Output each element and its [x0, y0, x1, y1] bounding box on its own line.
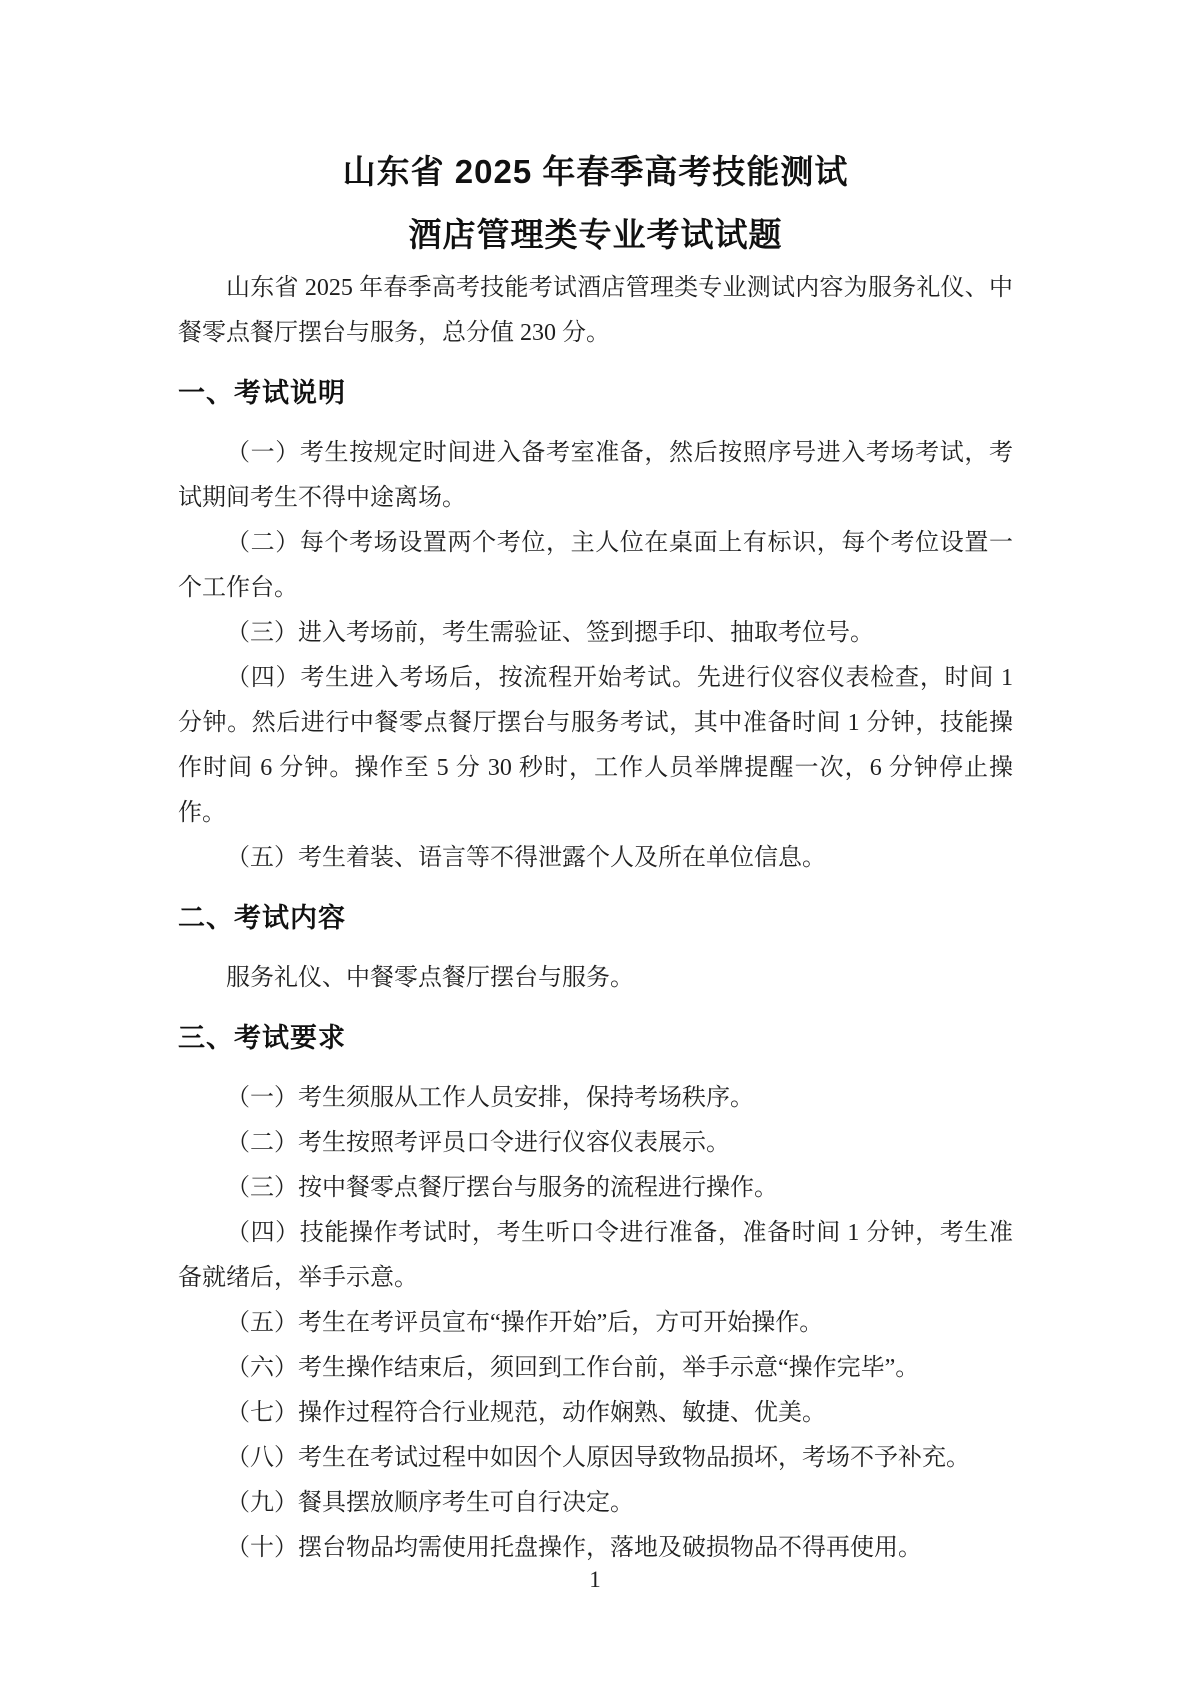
section-1-item-1: （一）考生按规定时间进入备考室准备，然后按照序号进入考场考试，考试期间考生不得中… [178, 431, 1013, 521]
intro-paragraph: 山东省 2025 年春季高考技能考试酒店管理类专业测试内容为服务礼仪、中餐零点餐… [178, 266, 1013, 356]
document-page: 山东省 2025 年春季高考技能测试 酒店管理类专业考试试题 山东省 2025 … [0, 0, 1190, 1683]
doc-title-line1: 山东省 2025 年春季高考技能测试 [178, 140, 1013, 203]
section-3-item-8: （八）考生在考试过程中如因个人原因导致物品损坏，考场不予补充。 [178, 1436, 1013, 1481]
section-3-item-5: （五）考生在考评员宣布“操作开始”后，方可开始操作。 [178, 1301, 1013, 1346]
section-1-heading: 一、考试说明 [178, 371, 1013, 416]
section-2-item-1: 服务礼仪、中餐零点餐厅摆台与服务。 [178, 956, 1013, 1001]
section-1-item-2: （二）每个考场设置两个考位，主人位在桌面上有标识，每个考位设置一个工作台。 [178, 521, 1013, 611]
section-3-item-3: （三）按中餐零点餐厅摆台与服务的流程进行操作。 [178, 1166, 1013, 1211]
section-3-item-6: （六）考生操作结束后，须回到工作台前，举手示意“操作完毕”。 [178, 1346, 1013, 1391]
page-number: 1 [0, 1565, 1190, 1595]
section-3-item-9: （九）餐具摆放顺序考生可自行决定。 [178, 1481, 1013, 1526]
section-2-heading: 二、考试内容 [178, 896, 1013, 941]
section-3-item-4: （四）技能操作考试时，考生听口令进行准备，准备时间 1 分钟，考生准备就绪后，举… [178, 1211, 1013, 1301]
section-1-item-3: （三）进入考场前，考生需验证、签到摁手印、抽取考位号。 [178, 611, 1013, 656]
section-3-heading: 三、考试要求 [178, 1016, 1013, 1061]
doc-title-line2: 酒店管理类专业考试试题 [178, 203, 1013, 266]
section-3-item-2: （二）考生按照考评员口令进行仪容仪表展示。 [178, 1121, 1013, 1166]
section-1-item-4: （四）考生进入考场后，按流程开始考试。先进行仪容仪表检查，时间 1 分钟。然后进… [178, 656, 1013, 836]
section-1-item-5: （五）考生着装、语言等不得泄露个人及所在单位信息。 [178, 836, 1013, 881]
section-3-item-7: （七）操作过程符合行业规范，动作娴熟、敏捷、优美。 [178, 1391, 1013, 1436]
section-3-item-1: （一）考生须服从工作人员安排，保持考场秩序。 [178, 1076, 1013, 1121]
